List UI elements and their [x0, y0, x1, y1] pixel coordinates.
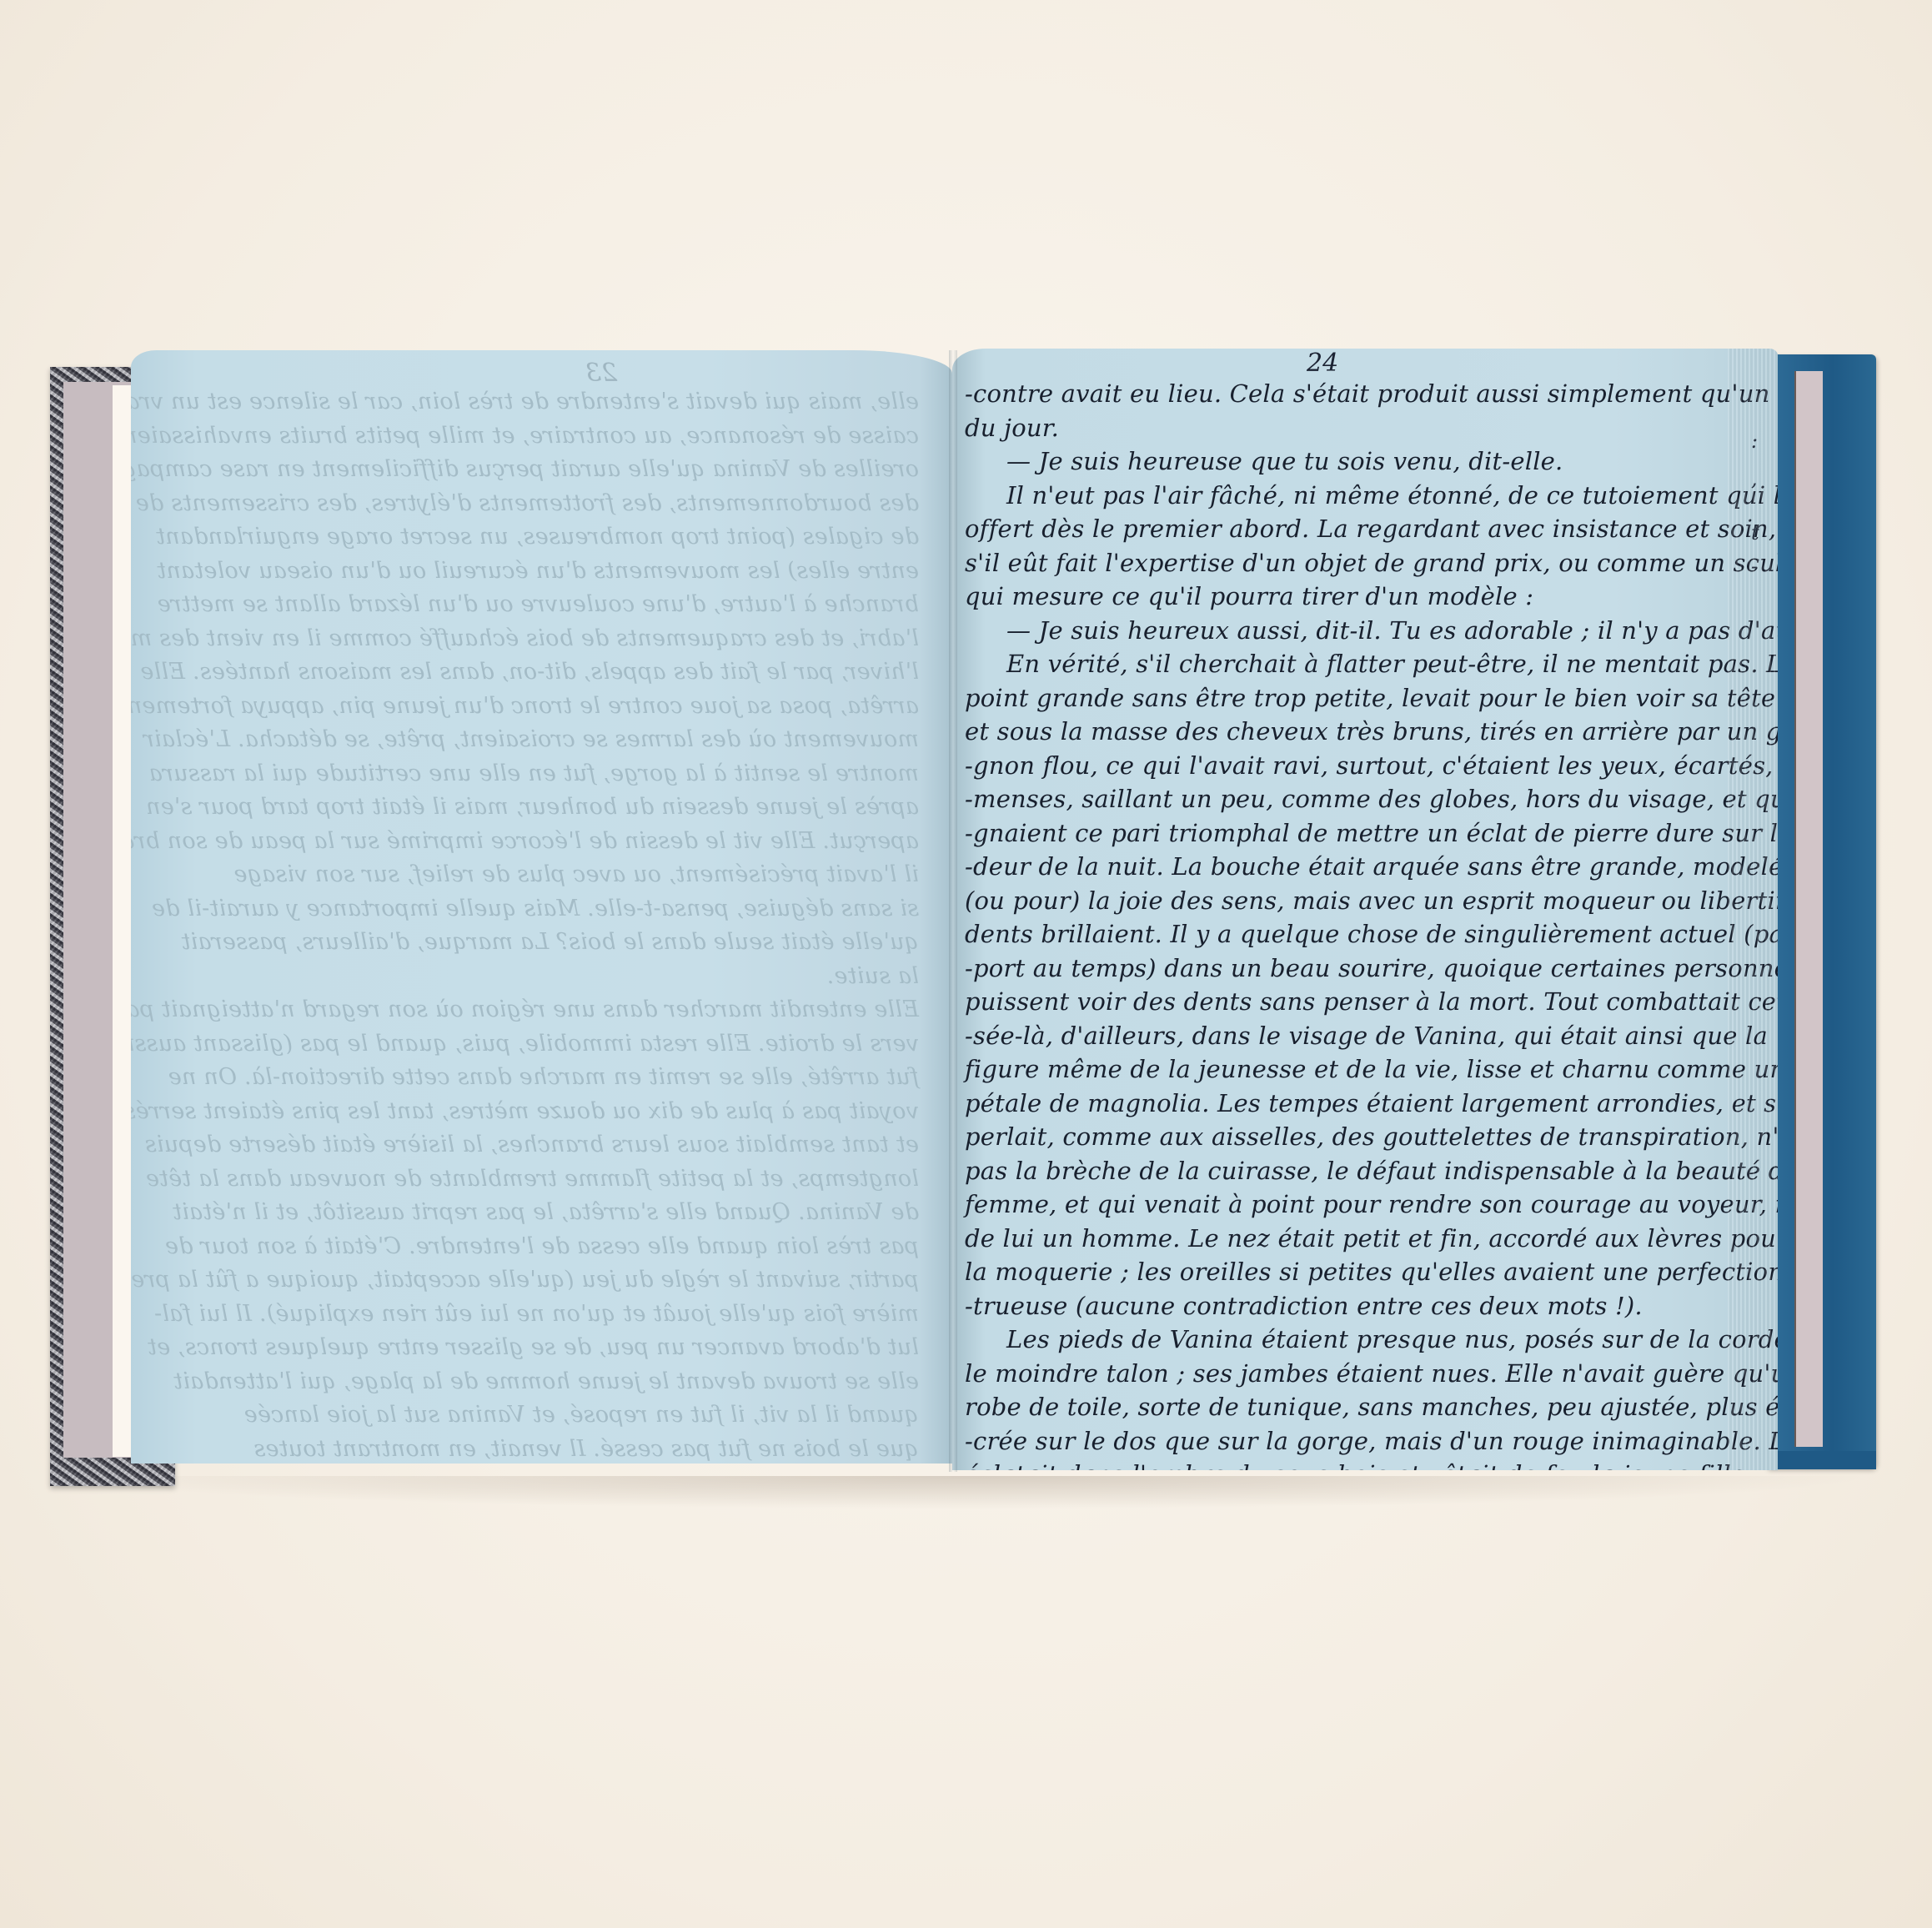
bleed-through-line: montre le sentit à la gorge, fut en elle… — [148, 757, 919, 791]
handwritten-line: offert dès le premier abord. La regardan… — [965, 512, 1740, 546]
bleed-through-line: branche à l'autre, d'une couleuvre ou d'… — [148, 588, 919, 622]
bleed-through-line: la suite. — [148, 960, 919, 994]
bleed-through-line: longtemps, et la petite flamme tremblant… — [148, 1162, 919, 1197]
bleed-through-line: si sans déguise, pensa-t-elle. Mais quel… — [148, 892, 919, 926]
handwritten-line: En vérité, s'il cherchait à flatter peut… — [965, 647, 1740, 681]
handwritten-line: et sous la masse des cheveux très bruns,… — [965, 715, 1740, 749]
bleed-through-line: elle se trouva devant le jeune homme de … — [148, 1365, 919, 1399]
handwritten-line: -menses, saillant un peu, comme des glob… — [965, 782, 1740, 816]
left-page-text: elle, mais qui devait s'entendre de très… — [131, 350, 952, 1464]
margin-mark: t — [1751, 521, 1759, 545]
bleed-through-line: de cigales (point trop nombreuses, un se… — [148, 520, 919, 555]
handwritten-line: — Je suis heureuse que tu sois venu, dit… — [965, 444, 1740, 479]
handwritten-line: Il n'eut pas l'air fâché, ni même étonné… — [965, 479, 1740, 513]
bleed-through-line: il l'avait précisément, ou avec plus de … — [148, 858, 919, 892]
right-page: 24 -contre avait eu lieu. Cela s'était p… — [952, 349, 1778, 1470]
bleed-through-line: oreilles de Vanina qu'elle aurait perçus… — [148, 453, 919, 487]
bleed-through-line: mouvement où des larmes se croisaient, p… — [148, 723, 919, 757]
bleed-through-line: de Vanina. Quand elle s'arrêta, le pas r… — [148, 1196, 919, 1230]
margin-mark: : — [1751, 429, 1758, 453]
right-endpaper — [1794, 371, 1823, 1447]
handwritten-line: -sée-là, d'ailleurs, dans le visage de V… — [965, 1019, 1740, 1053]
bleed-through-line: caisse de résonance, au contraire, et mi… — [148, 419, 919, 454]
bleed-through-line: entre elles) les mouvements d'un écureui… — [148, 555, 919, 589]
bleed-through-line: l'hiver, par le fait des appels, dit-on,… — [148, 655, 919, 690]
handwritten-line: -gnaient ce pari triomphal de mettre un … — [965, 816, 1740, 851]
handwritten-line: -gnon flou, ce qui l'avait ravi, surtout… — [965, 749, 1740, 783]
bleed-through-line: vers le droite. Elle resta immobile, pui… — [148, 1027, 919, 1062]
handwritten-line: -trueuse (aucune contradiction entre ces… — [965, 1289, 1740, 1323]
margin-mark: , — [1751, 467, 1758, 490]
bleed-through-line: que le bois ne fut pas cessé. Il venait,… — [148, 1433, 919, 1464]
handwritten-line: s'il eût fait l'expertise d'un objet de … — [965, 546, 1740, 580]
bleed-through-line: aperçut. Elle vit le dessin de l'écorce … — [148, 825, 919, 859]
handwritten-line: pas la brèche de la cuirasse, le défaut … — [965, 1154, 1740, 1188]
bleed-through-line: voyait pas à plus de dix ou douze mètres… — [148, 1095, 919, 1129]
bleed-through-line: pas très loin quand elle cessa de l'ente… — [148, 1230, 919, 1264]
handwritten-line: robe de toile, sorte de tunique, sans ma… — [965, 1390, 1740, 1424]
handwritten-line: de lui un homme. Le nez était petit et f… — [965, 1222, 1740, 1256]
handwritten-line: -deur de la nuit. La bouche était arquée… — [965, 850, 1740, 884]
bleed-through-line: partir, suivant le règle du jeu (qu'elle… — [148, 1263, 919, 1298]
handwritten-line: — Je suis heureux aussi, dit-il. Tu es a… — [965, 614, 1740, 648]
bleed-through-line: elle, mais qui devait s'entendre de très… — [148, 385, 919, 419]
bleed-through-line: l'abri, et des craquements de bois échau… — [148, 622, 919, 656]
handwritten-line: le moindre talon ; ses jambes étaient nu… — [965, 1357, 1740, 1391]
bleed-through-line: arrêta, posa sa joue contre le tronc d'u… — [148, 690, 919, 724]
handwritten-line: puissent voir des dents sans penser à la… — [965, 985, 1740, 1019]
handwritten-line: -contre avait eu lieu. Cela s'était prod… — [965, 377, 1740, 411]
book-gutter — [949, 350, 957, 1472]
left-page: 23 elle, mais qui devait s'entendre de t… — [131, 350, 952, 1464]
bleed-through-line: lut d'abord avancer un peu, de se glisse… — [148, 1331, 919, 1365]
right-page-text: -contre avait eu lieu. Cela s'était prod… — [952, 349, 1778, 1470]
handwritten-line: dents brillaient. Il y a quelque chose d… — [965, 917, 1740, 951]
handwritten-line: éclatait dans l'ombre du sous-bois et vê… — [965, 1458, 1740, 1470]
handwritten-line: femme, et qui venait à point pour rendre… — [965, 1187, 1740, 1222]
handwritten-line: (ou pour) la joie des sens, mais avec un… — [965, 884, 1740, 918]
bleed-through-line: fut arrêté, elle se remit en marche dans… — [148, 1061, 919, 1095]
handwritten-line: la moquerie ; les oreilles si petites qu… — [965, 1255, 1740, 1289]
bleed-through-line: après le jeune dessein du bonheur, mais … — [148, 791, 919, 825]
bleed-through-line: Elle entendit marcher dans une région où… — [148, 993, 919, 1027]
handwritten-line: du jour. — [965, 411, 1740, 445]
handwritten-line: qui mesure ce qu'il pourra tirer d'un mo… — [965, 580, 1740, 614]
handwritten-line: -crée sur le dos que sur la gorge, mais … — [965, 1424, 1740, 1459]
bleed-through-line: qu'elle était seule dans le bois? La mar… — [148, 926, 919, 960]
bleed-through-line: et tant semblait sous leurs branches, la… — [148, 1128, 919, 1162]
bleed-through-line: mière fois qu'elle jouât et qu'on ne lui… — [148, 1298, 919, 1332]
handwritten-line: pétale de magnolia. Les tempes étaient l… — [965, 1087, 1740, 1121]
bleed-through-line: quand il la vit, il fut en reposé, et Va… — [148, 1398, 919, 1433]
handwritten-line: perlait, comme aux aisselles, des goutte… — [965, 1120, 1740, 1154]
handwritten-line: Les pieds de Vanina étaient presque nus,… — [965, 1323, 1740, 1357]
handwritten-line: figure même de la jeunesse et de la vie,… — [965, 1052, 1740, 1087]
bleed-through-line: des bourdonnements, des frottements d'él… — [148, 487, 919, 521]
handwritten-line: -port au temps) dans un beau sourire, qu… — [965, 951, 1740, 986]
handwritten-line: point grande sans être trop petite, leva… — [965, 681, 1740, 715]
book-shadow — [58, 1476, 1876, 1509]
left-flyleaf-edge — [113, 385, 133, 1457]
margin-mark: - — [1751, 555, 1758, 578]
